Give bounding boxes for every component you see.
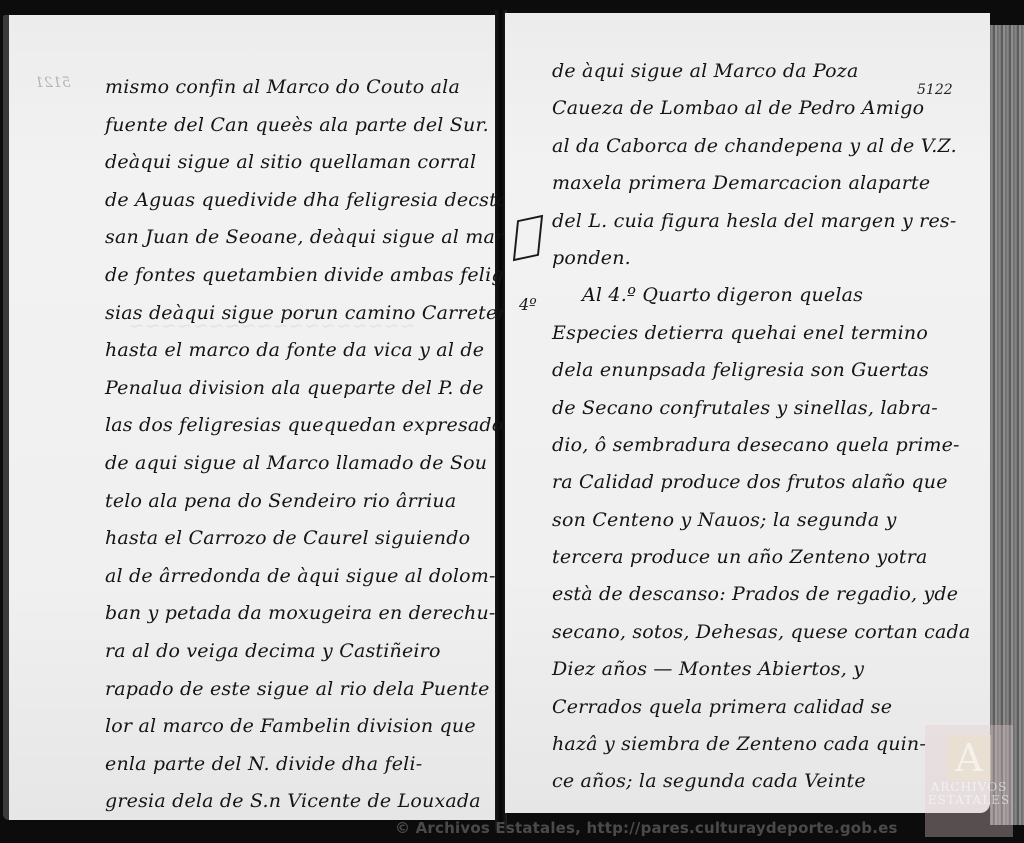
manuscript-line: ra Calidad produce dos frutos alaño que [552, 464, 970, 501]
manuscript-line: de aqui sigue al Marco llamado de Sou [105, 445, 539, 483]
manuscript-line: fuente del Can queès ala parte del Sur. [105, 107, 539, 145]
manuscript-line: al de ârredonda de àqui sigue al dolom- [105, 558, 539, 596]
manuscript-line: de fontes quetambien divide ambas feligr… [105, 257, 539, 295]
manuscript-line: tercera produce un año Zenteno yotra [552, 539, 970, 576]
manuscript-line: mismo confin al Marco do Couto ala [105, 69, 539, 107]
manuscript-line: secano, sotos, Dehesas, quese cortan cad… [552, 614, 970, 651]
manuscript-line: maxela primera Demarcacion alaparte [552, 165, 970, 202]
manuscript-line: enla parte del N. divide dha feli- [105, 746, 539, 784]
manuscript-line: dela enunpsada feligresia son Guertas [552, 352, 970, 389]
manuscript-line: del L. cuia figura hesla del margen y re… [552, 203, 970, 240]
manuscript-line: ce años; la segunda cada Veinte [552, 763, 970, 800]
manuscript-line: hasta el marco da fonte da vica y al de [105, 332, 539, 370]
manuscript-line: gresia dela de S.n Vicente de Louxada [105, 783, 539, 821]
manuscript-line: al da Caborca de chandepena y al de V.Z. [552, 128, 970, 165]
ghost-folio-number: 5121 [35, 75, 71, 91]
manuscript-line: està de descanso: Prados de regadio, yde [552, 576, 970, 613]
manuscript-line: de Aguas quedivide dha feligresia decsta… [105, 182, 539, 220]
manuscript-line: ponden. [552, 240, 970, 277]
manuscript-line: Cerrados quela primera calidad se [552, 689, 970, 726]
manuscript-line: hasta el Carrozo de Caurel siguiendo [105, 520, 539, 558]
manuscript-line: dio, ô sembradura desecano quela prime- [552, 427, 970, 464]
manuscript-line: Especies detierra quehai enel termino [552, 315, 970, 352]
left-page-text: mismo confin al Marco do Couto ala fuent… [105, 69, 539, 821]
manuscript-line: sias deàqui sigue porun camino Carretero [105, 295, 539, 333]
left-page: 5121 ~~~~~~~~~~~~~~~~~~ mismo confin al … [3, 15, 495, 820]
manuscript-line: rapado de este sigue al rio dela Puente [105, 671, 539, 709]
manuscript-line: Diez años — Montes Abiertos, y [552, 651, 970, 688]
manuscript-line: hazâ y siembra de Zenteno cada quin- [552, 726, 970, 763]
margin-boundary-figure [513, 215, 543, 261]
manuscript-line: son Centeno y Nauos; la segunda y [552, 502, 970, 539]
archive-logo-watermark: A ARCHIVOS ESTATALES [925, 725, 1013, 837]
archive-logo-icon: A [947, 735, 991, 781]
manuscript-line: san Juan de Seoane, deàqui sigue al marc… [105, 219, 539, 257]
manuscript-line: telo ala pena do Sendeiro rio ârriua [105, 483, 539, 521]
manuscript-line: de Secano confrutales y sinellas, labra- [552, 390, 970, 427]
copyright-watermark: © Archivos Estatales, http://pares.cultu… [395, 819, 898, 837]
right-page: 5122 4º de àqui sigue al Marco da Poza C… [505, 13, 990, 813]
document-viewer: 5121 ~~~~~~~~~~~~~~~~~~ mismo confin al … [0, 0, 1024, 843]
section-heading-line: Al 4.º Quarto digeron quelas [552, 277, 970, 314]
manuscript-line: ban y petada da moxugeira en derechu- [105, 595, 539, 633]
page-stack-edge [990, 25, 1024, 825]
manuscript-line: las dos feligresias quequedan expresados [105, 407, 539, 445]
manuscript-line: Penalua division ala queparte del P. de [105, 370, 539, 408]
logo-text-line: ESTATALES [925, 794, 1013, 807]
manuscript-line: Caueza de Lombao al de Pedro Amigo [552, 90, 970, 127]
manuscript-line: lor al marco de Fambelin division que [105, 708, 539, 746]
manuscript-line: deàqui sigue al sitio quellaman corral [105, 144, 539, 182]
manuscript-line: ra al do veiga decima y Castiñeiro [105, 633, 539, 671]
manuscript-line: de àqui sigue al Marco da Poza [552, 53, 970, 90]
margin-ordinal: 4º [519, 295, 537, 314]
right-page-text: de àqui sigue al Marco da Poza Caueza de… [552, 53, 970, 801]
